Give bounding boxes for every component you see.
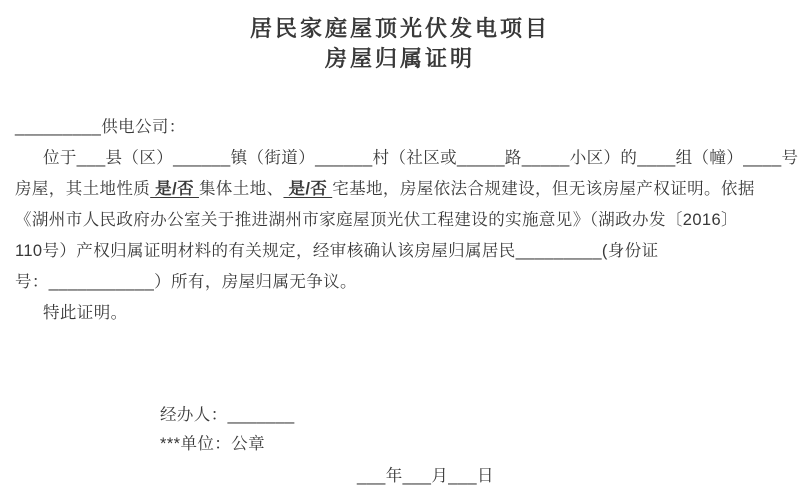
text-segment: 《湖州市人民政府办公室关于推进湖州市家庭屋顶光伏工程建设的实施意见》（湖政办发〔…: [15, 211, 738, 229]
certificate-document: 居民家庭屋顶光伏发电项目 房屋归属证明 _________供电公司：位于___县…: [0, 0, 800, 493]
unit-seal-line: ***单位：公章: [160, 429, 265, 459]
text-segment: 宅基地，房屋依法合规建设，但无该房屋产权证明。依据: [332, 180, 755, 198]
yes-no-choice: 是/否: [150, 180, 199, 198]
title-line-certificate: 房屋归属证明: [0, 44, 800, 74]
hereby-certify-line: 特此证明。: [15, 298, 794, 329]
location-line: 位于___县（区）______镇（街道）______村（社区或_____路___…: [15, 143, 794, 174]
id-number-line: 号：___________）所有，房屋归属无争议。: [15, 267, 794, 298]
document-title: 居民家庭屋顶光伏发电项目 房屋归属证明: [0, 14, 800, 74]
text-segment: 集体土地、: [199, 180, 284, 198]
text-segment: 110号）产权归属证明材料的有关规定，经审核确认该房屋归属居民_________…: [15, 242, 659, 260]
text-segment: 特此证明。: [43, 304, 128, 322]
text-segment: 号：___________）所有，房屋归属无争议。: [15, 273, 357, 291]
document-body: _________供电公司：位于___县（区）______镇（街道）______…: [15, 112, 794, 329]
title-line-project: 居民家庭屋顶光伏发电项目: [0, 14, 800, 44]
text-segment: 位于___县（区）______镇（街道）______村（社区或_____路___…: [43, 149, 798, 167]
text-segment: _________供电公司：: [15, 118, 186, 136]
land-nature-line: 房屋，其土地性质 是/否 集体土地、 是/否 宅基地，房屋依法合规建设，但无该房…: [15, 174, 794, 205]
handler-signature-line: 经办人：_______: [160, 400, 295, 430]
date-line: ___年___月___日: [357, 461, 494, 491]
audit-confirmation-line: 110号）产权归属证明材料的有关规定，经审核确认该房屋归属居民_________…: [15, 236, 794, 267]
yes-no-choice: 是/否: [283, 180, 332, 198]
text-segment: 房屋，其土地性质: [15, 180, 150, 198]
salutation-line: _________供电公司：: [15, 112, 794, 143]
policy-reference-line: 《湖州市人民政府办公室关于推进湖州市家庭屋顶光伏工程建设的实施意见》（湖政办发〔…: [15, 205, 794, 236]
